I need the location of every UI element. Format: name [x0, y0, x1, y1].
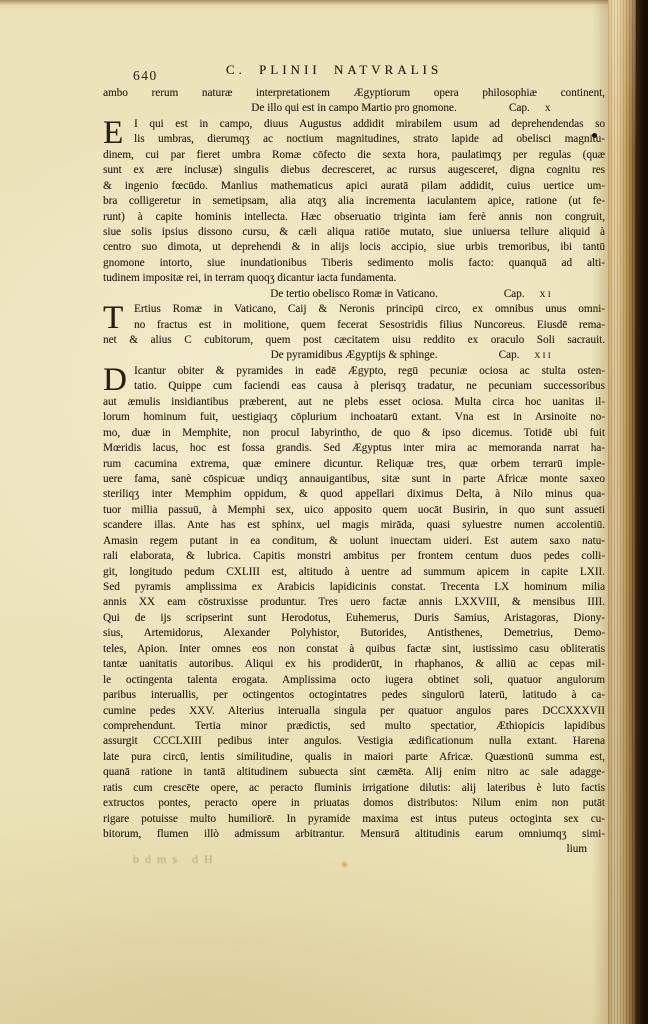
text-line: rigare potuisse multo humiliorē. In pyra… — [103, 812, 605, 827]
text-line: tudinem impositæ rei, in terram quoqʒ di… — [103, 271, 605, 286]
text-line: assurgit CCCLXIII pedibus inter angulos.… — [103, 734, 605, 749]
paragraph: TErtius Romæ in Vaticano, Caij & Neronis… — [103, 302, 605, 348]
cap-label: Cap. — [504, 288, 525, 300]
text-line: rum cacumina extrema, quæ eminere dicunt… — [103, 457, 605, 472]
chapter-cap: Cap.xii — [499, 348, 553, 363]
chapter-heading: De pyramidibus Ægyptijs & sphinge.Cap.xi… — [103, 348, 605, 363]
text-line: siue solis ipsius dissono cursu, & cæli … — [103, 225, 605, 240]
chapter-cap: Cap.xi — [504, 287, 553, 302]
text-block: ambo rerum naturæ interpretationem Ægypt… — [103, 86, 605, 842]
chapter-title: De pyramidibus Ægyptijs & sphinge. — [271, 349, 438, 361]
text-line: teles, Apion. Inter omnes eos non consta… — [103, 642, 605, 657]
chapter-heading: De tertio obelisco Romæ in Vaticano.Cap.… — [103, 287, 605, 302]
text-line: gnomone intorto, siue inundationibus Tib… — [103, 256, 605, 271]
text-line: net & alius C cubitorum, quem post cæcit… — [103, 333, 605, 348]
text-line: ratis cum crescēte opere, ac peracto flu… — [103, 781, 605, 796]
page-header: 640 C. PLINII NATVRALIS — [103, 62, 605, 84]
text-line: paribus interuallis, per octingentos oct… — [103, 688, 605, 703]
text-line: Ertius Romæ in Vaticano, Caij & Neronis … — [103, 302, 605, 317]
text-line: extructos pontes, peracto opere in priua… — [103, 796, 605, 811]
chapter-title: De illo qui est in campo Martio pro gnom… — [251, 102, 456, 114]
text-line: rali elaborata, & lubrica. Capitis monst… — [103, 549, 605, 564]
text-line: tatio. Quippe cum faciendi eas causa à p… — [103, 379, 605, 394]
text-line: dinem, cui par fieret umbra Romæ cōfecto… — [103, 148, 605, 163]
running-title: C. PLINII NATVRALIS — [103, 62, 565, 78]
text-line: sunt ex ære inclusæ) singulis diebus dec… — [103, 163, 605, 178]
text-line: Icantur obiter & pyramides in eadē Ægypt… — [103, 364, 605, 379]
text-line: sius, Artemidorus, Alexander Polyhistor,… — [103, 626, 605, 641]
text-line: scandere illas. Ante has est sphinx, uel… — [103, 518, 605, 533]
text-line: centro suo dimota, ut deprehendi & in al… — [103, 240, 605, 255]
text-line: mo, duæ in Memphite, non procul labyrint… — [103, 426, 605, 441]
cap-label: Cap. — [509, 102, 530, 114]
text-line: lorum hominum fuit, uestigiaqʒ cōplurium… — [103, 410, 605, 425]
text-line: tantæ uanitatis autoribus. Aliqui ex his… — [103, 657, 605, 672]
text-line: bra colligeretur in semetipsam, alia atq… — [103, 194, 605, 209]
text-line: uere fama, sanè cōspicuæ undiqʒ annauiga… — [103, 472, 605, 487]
text-line: tuor millia passuū, à Memphi sex, uico a… — [103, 503, 605, 518]
text-line: I qui est in campo, diuus Augustus addid… — [103, 117, 605, 132]
text-line: cumine pedes XXV. Alterius interualla si… — [103, 704, 605, 719]
text-line: Qui de ijs scripserint sunt Herodotus, E… — [103, 611, 605, 626]
text-line: late pura circū, lentis similitudine, qu… — [103, 750, 605, 765]
book-edge-dark — [636, 0, 648, 1024]
text-line: & ingenio fœcūdo. Manlius mathematicus a… — [103, 179, 605, 194]
chapter-title: De tertio obelisco Romæ in Vaticano. — [270, 288, 438, 300]
text-line: quanā ratione in tantā altitudinem subue… — [103, 765, 605, 780]
text-line: le octingenta talenta erogata. Amplissim… — [103, 673, 605, 688]
text-line: git, longitudo pedum CXLIII est, altitud… — [103, 565, 605, 580]
chapter-heading: De illo qui est in campo Martio pro gnom… — [103, 101, 605, 116]
book-page-scan: 640 C. PLINII NATVRALIS ambo rerum natur… — [0, 0, 648, 1024]
text-line: Mœridis lacus, hoc est fossa grandis. Se… — [103, 441, 605, 456]
text-line: annis XX eam cōstruxisse produntur. Tres… — [103, 595, 605, 610]
text-line: lis umbras, dierumqʒ ac noctium magnitud… — [103, 132, 605, 147]
text-line: runt) à capite hominis intellecta. Hæc o… — [103, 210, 605, 225]
text-line: no fractus est in molitione, quem fecera… — [103, 318, 605, 333]
paragraph: EI qui est in campo, diuus Augustus addi… — [103, 117, 605, 287]
paper-stain — [340, 861, 349, 868]
page-top-edge — [0, 0, 648, 5]
text-line: Amasin regem putant in ea conditum, & uo… — [103, 534, 605, 549]
cap-label: Cap. — [499, 349, 520, 361]
text-line: ambo rerum naturæ interpretationem Ægypt… — [103, 86, 605, 101]
text-line: steriliqʒ inter Memphim oppidum, & quod … — [103, 487, 605, 502]
text-line: bitorum, flumen illò admissum arbitrantu… — [103, 827, 605, 842]
cap-numeral: xii — [534, 349, 553, 361]
chapter-cap: Cap.x — [509, 101, 553, 116]
text-line: comprehendunt. Tertia minor prædictis, s… — [103, 719, 605, 734]
text-line: Sed pyramis amplissima ex Arabicis lapid… — [103, 580, 605, 595]
cap-numeral: xi — [540, 288, 553, 300]
book-fore-edge — [608, 0, 636, 1024]
text-line: aut æmulis insidiantibus præberent, aut … — [103, 395, 605, 410]
paragraph: DIcantur obiter & pyramides in eadē Ægyp… — [103, 364, 605, 843]
cap-numeral: x — [545, 102, 553, 114]
ghost-bleedthrough-text: bdms dH — [133, 852, 219, 867]
